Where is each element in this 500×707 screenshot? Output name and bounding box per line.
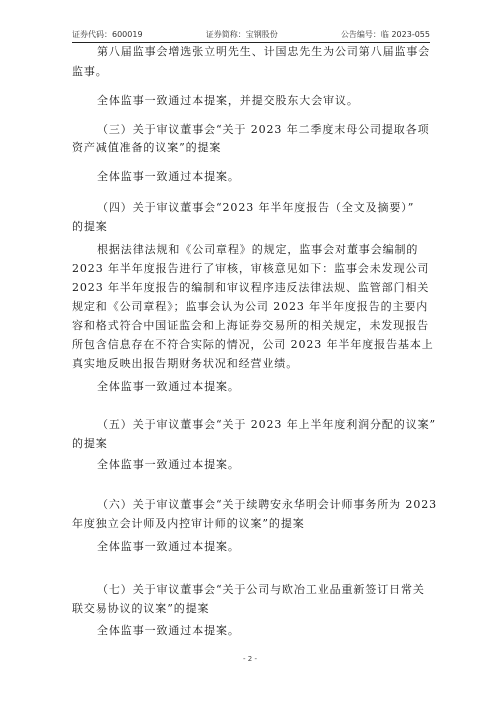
page-header: 证券代码：600019 证券简称：宝钢股份 公告编号：临 2023-055 — [72, 26, 430, 43]
proposal-heading: 联交易协议的议案”的提案 — [72, 602, 430, 616]
stock-code: 证券代码：600019 — [72, 29, 143, 40]
proposal-heading: （六）关于审议董事会“关于续聘安永华明会计师事务所为 2023 — [97, 498, 430, 512]
page-number: - 2 - — [0, 655, 500, 663]
proposal-heading: 的提案 — [72, 437, 430, 451]
resolution-result: 全体监事一致通过本提案。 — [97, 458, 430, 472]
resolution-result: 全体监事一致通过本提案。 — [97, 624, 430, 638]
resolution-result: 全体监事一致通过本提案，并提交股东大会审议。 — [97, 94, 430, 108]
proposal-heading: （四）关于审议董事会“2023 年半年度报告（全文及摘要）” — [97, 201, 430, 215]
paragraph-line: 第八届监事会增选张立明先生、计国忠先生为公司第八届监事会 — [97, 45, 430, 59]
resolution-result: 全体监事一致通过本提案。 — [97, 380, 430, 394]
paragraph-line: 监事。 — [72, 65, 430, 79]
proposal-heading: 年度独立会计师及内控审计师的议案”的提案 — [72, 517, 430, 531]
proposal-heading: （五）关于审议董事会“关于 2023 年上半年度利润分配的议案” — [97, 418, 430, 432]
opinion-line: 所包含信息存在不符合实际的情况，公司 2023 年半年度报告基本上 — [72, 338, 430, 352]
proposal-heading: 的提案 — [72, 220, 430, 234]
proposal-heading: （七）关于审议董事会“关于公司与欧冶工业品重新签订日常关 — [97, 583, 430, 597]
opinion-line: 容和格式符合中国证监会和上海证券交易所的相关规定，未发现报告 — [72, 319, 430, 333]
opinion-line: 根据法律法规和《公司章程》的规定，监事会对董事会编制的 — [97, 243, 430, 257]
document-page: 证券代码：600019 证券简称：宝钢股份 公告编号：临 2023-055 第八… — [0, 0, 500, 707]
opinion-line: 规定和《公司章程》；监事会认为公司 2023 年半年度报告的主要内 — [72, 300, 430, 314]
resolution-result: 全体监事一致通过本提案。 — [97, 540, 430, 554]
announcement-number: 公告编号：临 2023-055 — [341, 29, 430, 40]
opinion-line: 2023 年半年度报告进行了审核，审核意见如下：监事会未发现公司 — [72, 262, 430, 276]
opinion-line: 真实地反映出报告期财务状况和经营业绩。 — [72, 357, 430, 371]
stock-name: 证券简称：宝钢股份 — [206, 29, 278, 40]
opinion-line: 2023 年半年度报告的编制和审议程序违反法律法规、监管部门相关 — [72, 281, 430, 295]
proposal-heading: 资产减值准备的议案”的提案 — [72, 141, 430, 155]
resolution-result: 全体监事一致通过本提案。 — [97, 170, 430, 184]
proposal-heading: （三）关于审议董事会“关于 2023 年二季度末母公司提取各项 — [97, 123, 430, 137]
